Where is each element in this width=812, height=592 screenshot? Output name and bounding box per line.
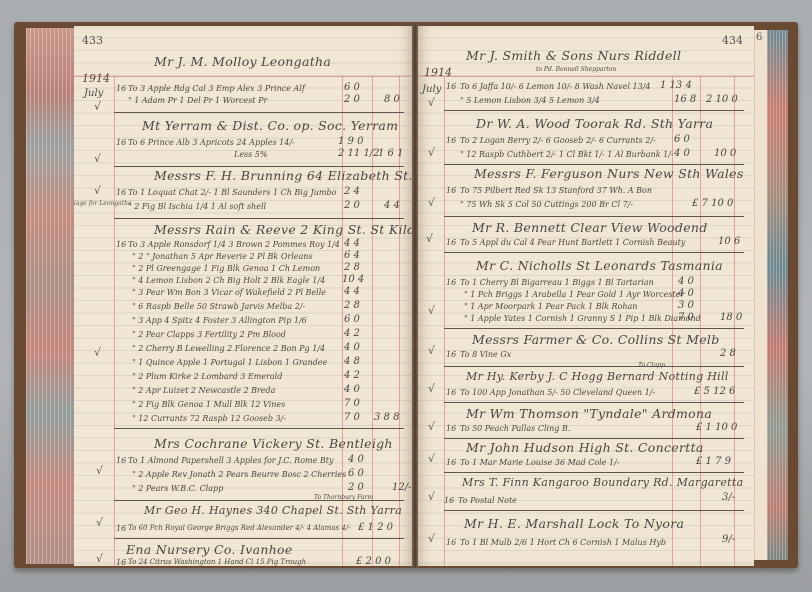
marbled-page-edge-left [26,28,74,564]
entry-line: To 24 Citrus Washington 1 Hand Cl 15 Pig… [128,558,306,566]
entry-line: " 2 Apr Luizet 2 Newcastle 2 Breda [132,386,275,395]
entry-divider [114,112,404,113]
line-amount: 4 0 [678,288,694,299]
entry-day: 16 [444,496,454,505]
line-amount: 4 0 [348,454,364,465]
entry-line: " 2 Pear Clapps 3 Fertility 2 Pm Blood [132,330,286,339]
line-amount: 4 4 [344,238,360,249]
entry-title: Mr Hy. Kerby J. C Hogg Bernard Notting H… [466,370,729,383]
entry-total: 18 0 [720,312,742,323]
line-amount: 4 8 [344,356,360,367]
entry-title: Mr J. M. Molloy Leongatha [154,54,331,69]
line-amount: 16 8 [674,94,696,105]
entry-title: Messrs F. H. Brunning 64 Elizabeth St. M… [154,168,414,183]
entry-divider [444,110,744,111]
entry-day: 16 [446,388,456,397]
entry-total: £ 1 2 0 [358,522,393,533]
entry-line: To 1 Cherry Bl Bigarreau 1 Biggs 1 Bl Ta… [460,278,654,287]
line-amount: 4 0 [678,276,694,287]
entry-title: Mr J. Smith & Sons Nurs Riddell [466,48,681,63]
entry-line: To 75 Pilbert Red Sk 13 Stanford 37 Wh. … [460,186,652,195]
entry-total: 3/- [722,492,735,503]
index-tab-number: 6 [756,32,762,43]
month-label: July [84,88,103,99]
entry-divider [114,218,404,219]
entry-line: " 1 Adam Pr 1 Del Pr 1 Worcest Pr [128,96,267,105]
checkmark-icon: √ [96,552,103,565]
line-amount: 2 0 [344,200,360,211]
entry-line: " 3 Pear Wm Bon 3 Vicar of Wakefield 2 P… [132,288,326,297]
checkmark-icon: √ [428,196,435,209]
line-amount: 6 0 [348,468,364,479]
entry-line: " 6 Raspb Belle 50 Strawb Jarvis Melba 2… [132,302,305,311]
entry-total: 10 6 [718,236,740,247]
checkmark-icon: √ [428,96,435,109]
checkmark-icon: √ [428,304,435,317]
entry-divider [114,428,404,429]
entry-title: Mr R. Bennett Clear View Woodend [472,220,708,235]
date-column-rule [444,76,445,566]
line-amount: 2 0 [348,482,364,493]
entry-title: Messrs Rain & Reeve 2 King St. St Kilda [154,222,414,237]
header-red-rule [416,76,754,77]
date-column-rule [114,76,115,566]
entry-total: £ 1 10 0 [696,422,737,433]
entry-title: Mrs Cochrane Vickery St. Bentleigh [154,436,393,451]
line-amount: 7 0 [344,412,360,423]
entry-total: 2 10 0 [706,94,738,105]
entry-day: 16 [116,84,126,93]
line-amount: 2 4 [344,186,360,197]
entry-line: " 75 Wh Sk 5 Col 50 Cuttings 200 Br Cl 7… [460,200,633,209]
entry-divider [444,510,744,511]
entry-line: To 3 Apple Rdg Cal 3 Emp Alex 3 Prince A… [128,84,305,93]
line-amount: 3 0 [678,300,694,311]
entry-line: To 8 Vine Gx [460,350,511,359]
line-amount: 6 0 [344,82,360,93]
line-amount: 7 0 [344,398,360,409]
index-tab-strip [754,30,767,560]
entry-line: " 1 Apple Yates 1 Cornish 1 Granny S 1 P… [464,314,701,323]
entry-title: Mr H. E. Marshall Lock To Nyora [464,516,684,531]
checkmark-icon: √ [96,516,103,529]
page-number: 434 [722,34,743,47]
entry-line: " 1 Apr Moorpark 1 Pear Pack 1 Blk Rohan [464,302,637,311]
entry-divider [444,328,744,329]
entry-line: " 4 Lemon Lisbon 2 Ch Big Holt 2 Blk Eag… [132,276,325,285]
entry-divider [114,538,404,539]
entry-line: To 5 Appl du Cal 4 Pear Hunt Bartlett 1 … [460,238,685,247]
entry-day: 16 [446,350,456,359]
entry-line: To 1 Almond Papershell 3 Apples for J.C.… [128,456,334,465]
entry-title: Messrs F. Ferguson Nurs New Sth Wales [474,166,744,181]
line-amount: 6 0 [674,134,690,145]
page-number: 433 [82,34,103,47]
line-amount: 4 0 [344,342,360,353]
header-red-rule [74,76,414,77]
line-amount: 7 0 [678,312,694,323]
entry-line: " 2 Fig Blk Genoa 1 Mull Blk 12 Vines [132,400,285,409]
entry-line: To 3 Apple Ronsdorf 1/4 3 Brown 2 Pommes… [128,240,340,249]
entry-day: 16 [116,558,126,566]
entry-title: Mr Geo H. Haynes 340 Chapel St. Sth Yarr… [144,504,402,517]
entry-day: 16 [116,456,126,465]
entry-title: Mt Yerram & Dist. Co. op. Soc. Yerram [142,118,398,133]
entry-line: " 2 Fig Bl Ischia 1/4 1 Al soft shell [128,202,266,211]
entry-title: Mr John Hudson High St. Concertta [466,440,704,455]
entry-line: " 1 Quince Apple 1 Portugal 1 Lisbon 1 G… [132,358,327,367]
checkmark-icon: √ [428,490,435,503]
month-label: July [422,84,441,95]
entry-line: " 1 Pch Briggs 1 Arabella 1 Pear Gold 1 … [464,290,684,299]
year-label: 1914 [424,66,452,79]
checkmark-icon: √ [428,146,435,159]
line-amount: 2 8 [344,262,360,273]
entry-day: 16 [446,238,456,247]
entry-line: " 3 App 4 Spitz 4 Foster 3 Allington Pip… [132,316,307,325]
ledger-page-right: 434 1914 July Mr J. Smith & Sons Nurs Ri… [416,26,754,566]
entry-line: " 2 Pl Greengage 1 Fig Blk Genoa 1 Ch Le… [132,264,320,273]
entry-total: 4 4 [384,200,400,211]
marbled-page-edge-right [764,30,788,560]
year-label: 1914 [82,72,110,85]
checkmark-icon: √ [94,184,101,197]
entry-total: 10 0 [714,148,736,159]
entry-day: 16 [446,458,456,467]
entry-total: 3 8 8 [374,412,399,423]
entry-line: " 2 Cherry B Lewelling 2 Florence 2 Bon … [132,344,325,353]
entry-line: To 6 Jaffa 10/- 6 Lemon 10/- 8 Wash Nave… [460,82,651,91]
entry-line: " 2 " Jonathan 5 Apr Reverie 2 Pl Bk Orl… [132,252,313,261]
entry-line: To 100 App Jonathan 5/- 50 Cleveland Que… [460,388,655,397]
entry-divider [444,402,744,403]
entry-line: Less 5% [234,150,268,159]
checkmark-icon: √ [428,420,435,433]
entry-day: 16 [446,538,456,547]
entry-above-note: To Thornbury Farm [314,494,373,501]
entry-total: £ 2 0 0 [356,556,391,566]
line-amount: 4 2 [344,328,360,339]
entry-day: 16 [116,524,126,533]
entry-total: £ 1 7 9 [696,456,731,467]
entry-above-note: To Clapp [638,362,665,369]
entry-line: To 1 Loquat Chat 2/- 1 Bl Saunders 1 Ch … [128,188,336,197]
entry-total: 9/- [722,534,735,545]
entry-subtitle: to Pd. Bonnell Shepparton [536,66,616,73]
line-amount: 2 11 1/2 [338,148,380,159]
checkmark-icon: √ [96,464,103,477]
checkmark-icon: √ [94,100,101,113]
entry-divider [444,472,744,473]
entry-total: 1 6 1 [378,148,403,159]
entry-divider [114,166,404,167]
entry-day: 16 [446,186,456,195]
checkmark-icon: √ [428,382,435,395]
entry-line: To 6 Prince Alb 3 Apricots 24 Apples 14/… [128,138,295,147]
entry-day: 16 [446,82,456,91]
ledger-page-left: 433 1914 July Mr J. M. Molloy Leongatha … [74,26,414,566]
entry-total: 12/- [392,482,411,493]
margin-note: Carriage for Leongatha [74,200,132,207]
entry-line: To Postal Note [458,496,517,505]
entry-title: Mr C. Nicholls St Leonards Tasmania [476,258,723,273]
checkmark-icon: √ [94,152,101,165]
entry-title: Ena Nursery Co. Ivanhoe [126,542,293,557]
entry-line: " 5 Lemon Lisbon 3/4 5 Lemon 3/4 [460,96,600,105]
line-amount: 10 4 [342,274,364,285]
line-amount: 4 4 [344,286,360,297]
line-amount: 6 4 [344,250,360,261]
entry-total: 8 0 [384,94,400,105]
entry-day: 16 [446,278,456,287]
entry-line: To 50 Peach Pallas Cling B. [460,424,570,433]
entry-day: 16 [446,424,456,433]
entry-day: 16 [116,240,126,249]
entry-title: Mr Wm Thomson "Tyndale" Ardmona [466,406,712,421]
checkmark-icon: √ [94,346,101,359]
entry-total: £ 7 10 0 [692,198,733,209]
line-amount: 2 0 [344,94,360,105]
line-amount: 1 13 4 [660,80,692,91]
entry-day: 16 [116,188,126,197]
entry-line: To 1 Bl Mulb 2/6 1 Hort Ch 6 Cornish 1 M… [460,538,666,547]
line-amount: 4 2 [344,370,360,381]
entry-total: 2 8 [720,348,736,359]
entry-divider [444,216,744,217]
line-amount: 2 8 [344,300,360,311]
book-gutter [412,24,418,568]
entry-divider [444,438,744,439]
line-amount: 4 0 [344,384,360,395]
line-amount: 6 0 [344,314,360,325]
entry-line: " 2 Plum Kirke 2 Lombard 3 Emerald [132,372,282,381]
entry-line: " 2 Pears W.B.C. Clapp [132,484,223,493]
entry-title: Messrs Farmer & Co. Collins St Melb [472,332,720,347]
checkmark-icon: √ [426,232,433,245]
line-amount: 1 9 0 [338,136,363,147]
entry-title: Dr W. A. Wood Toorak Rd. Sth Yarra [476,116,713,131]
entry-line: To 1 Mar Marie Louise 36 Mad Cole 1/- [460,458,620,467]
entry-divider [444,252,744,253]
entry-line: " 12 Raspb Cuthbert 2/- 1 Cl Bkt 1/- 1 A… [460,150,674,159]
entry-line: To 60 Pch Royal George Briggs Red Alexan… [128,524,351,532]
entry-title: Mrs T. Finn Kangaroo Boundary Rd. Margar… [462,476,743,489]
checkmark-icon: √ [428,344,435,357]
checkmark-icon: √ [428,532,435,545]
line-amount: 4 0 [674,148,690,159]
entry-line: " 12 Currants 72 Raspb 12 Gooseb 3/- [132,414,286,423]
entry-day: 16 [446,136,456,145]
entry-divider [444,366,744,367]
entry-day: 16 [116,138,126,147]
checkmark-icon: √ [428,452,435,465]
entry-line: " 2 Apple Rev Jonath 2 Pears Beurre Bosc… [132,470,346,479]
entry-divider [444,164,744,165]
entry-total: £ 5 12 6 [694,386,735,397]
entry-line: To 2 Logan Berry 2/- 6 Gooseb 2/- 6 Curr… [460,136,656,145]
